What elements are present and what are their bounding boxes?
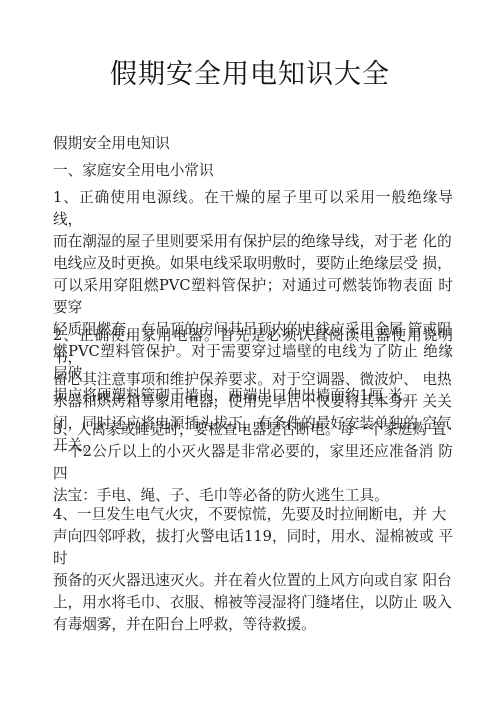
paragraph-leaving-home: 3、人离家或睡觉时，要检查电器是否断电。每一个家庭购 置 一个2公斤以上的小灭火… [53,419,453,507]
section-heading: 一、家庭安全用电小常识 [53,160,453,182]
paragraph-electrical-fire: 4、一旦发生电气火灾，不要惊慌，先要及时拉闸断电，并 大 声向四邻呼救，拔打火警… [53,504,453,636]
document-page: 假期安全用电知识大全 假期安全用电知识 一、家庭安全用电小常识 1、正确使用电源… [0,0,500,707]
document-title: 假期安全用电知识大全 [0,52,500,91]
document-subtitle: 假期安全用电知识 [53,133,453,155]
